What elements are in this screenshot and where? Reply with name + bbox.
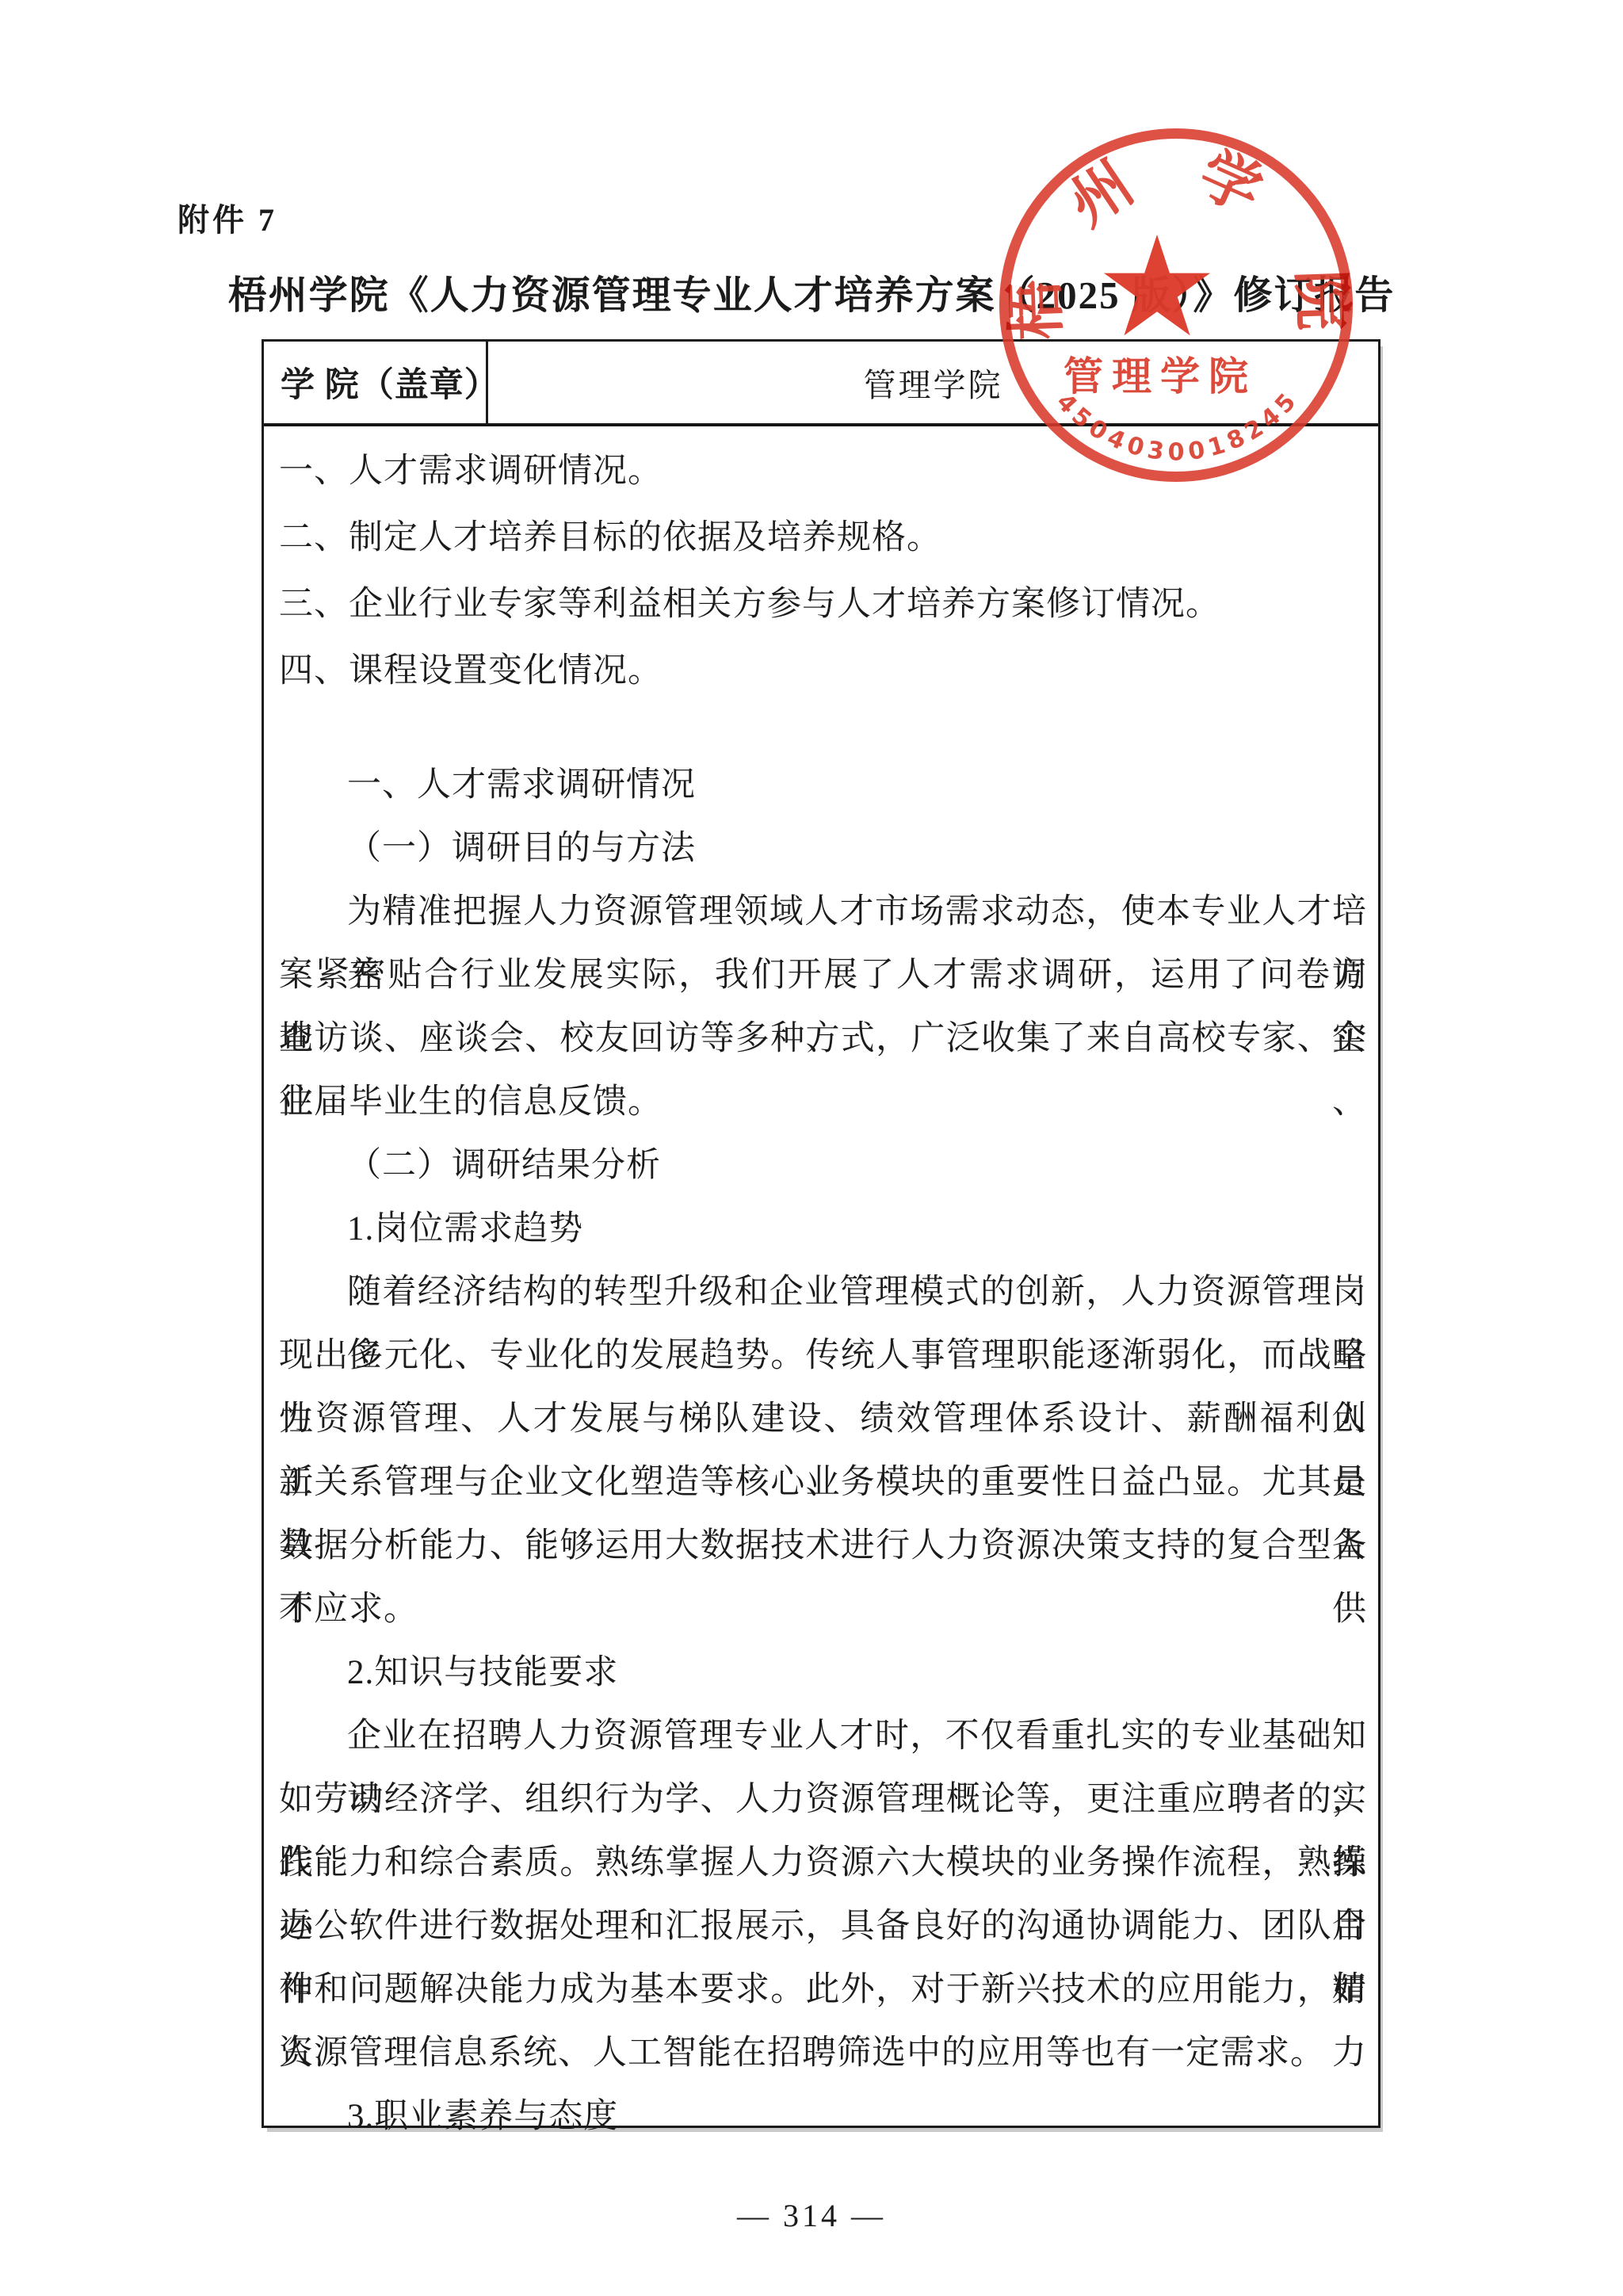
body-text-line: 力资源管理、人才发展与梯队建设、绩效管理体系设计、薪酬福利创新、员 <box>279 1388 1367 1451</box>
body-text-line: 企业在招聘人力资源管理专业人才时，不仅看重扎实的专业基础知识， <box>279 1705 1367 1768</box>
body-text-line: 现出多元化、专业化的发展趋势。传统人事管理职能逐渐弱化，而战略性人 <box>279 1324 1367 1388</box>
body-text-line: 3.职业素养与态度 <box>279 2085 1367 2149</box>
report-table: 学 院（盖章） 管理学院 一、人才需求调研情况。二、制定人才培养目标的依据及培养… <box>262 339 1381 2128</box>
page-number: — 314 — <box>0 2197 1623 2234</box>
body-text-line: 工关系管理与企业文化塑造等核心业务模块的重要性日益凸显。尤其是具备 <box>279 1451 1367 1515</box>
body-text-line: （一）调研目的与方法 <box>279 817 1367 881</box>
body-text-line: 为精准把握人力资源管理领域人才市场需求动态，使本专业人才培养方 <box>279 881 1367 944</box>
attachment-label: 附件 7 <box>178 195 277 240</box>
body-text-line: 数据分析能力、能够运用大数据技术进行人力资源决策支持的复合型人才供 <box>279 1515 1367 1578</box>
body-text-line: 办公软件进行数据处理和汇报展示，具备良好的沟通协调能力、团队合作精 <box>279 1895 1367 1958</box>
body-text-line: 资源管理信息系统、人工智能在招聘筛选中的应用等也有一定需求。 <box>279 2022 1367 2085</box>
summary-list-item: 一、人才需求调研情况。 <box>279 438 1367 505</box>
body-text-line: 一、人才需求调研情况 <box>279 754 1367 817</box>
body-text-line: 2.知识与技能要求 <box>279 1641 1367 1705</box>
body-text-line: 随着经济结构的转型升级和企业管理模式的创新，人力资源管理岗位呈 <box>279 1261 1367 1324</box>
college-name-value: 管理学院 <box>488 342 1378 423</box>
body-text-line: 如劳动经济学、组织行为学、人力资源管理概论等，更注重应聘者的实践操 <box>279 1768 1367 1832</box>
document-title: 梧州学院《人力资源管理专业人才培养方案（2025 版）》修订报告 <box>0 265 1623 320</box>
body-text-line: 神和问题解决能力成为基本要求。此外，对于新兴技术的应用能力，如人力 <box>279 1958 1367 2022</box>
body-text-line: 案紧密贴合行业发展实际，我们开展了人才需求调研，运用了问卷调查、实 <box>279 944 1367 1007</box>
summary-list-item: 三、企业行业专家等利益相关方参与人才培养方案修订情况。 <box>279 571 1367 638</box>
paragraph-spacer <box>279 705 1367 754</box>
body-text-line: 作能力和综合素质。熟练掌握人力资源六大模块的业务操作流程，熟练运用 <box>279 1832 1367 1895</box>
body-text-line: 1.岗位需求趋势 <box>279 1198 1367 1261</box>
body-text-line: 地访谈、座谈会、校友回访等多种方式，广泛收集了来自高校专家、企业、 <box>279 1007 1367 1071</box>
summary-list-item: 四、课程设置变化情况。 <box>279 638 1367 705</box>
seal-arc-character: 学 <box>1188 126 1278 229</box>
college-seal-label: 学 院（盖章） <box>264 342 488 423</box>
seal-arc-character: 州 <box>1049 137 1148 243</box>
report-body: 一、人才需求调研情况。二、制定人才培养目标的依据及培养规格。三、企业行业专家等利… <box>264 426 1378 2149</box>
document-page: 附件 7 梧州学院《人力资源管理专业人才培养方案（2025 版）》修订报告 学 … <box>0 0 1623 2296</box>
college-header-row: 学 院（盖章） 管理学院 <box>264 342 1378 426</box>
summary-list-item: 二、制定人才培养目标的依据及培养规格。 <box>279 505 1367 571</box>
body-text-line: （二）调研结果分析 <box>279 1134 1367 1198</box>
